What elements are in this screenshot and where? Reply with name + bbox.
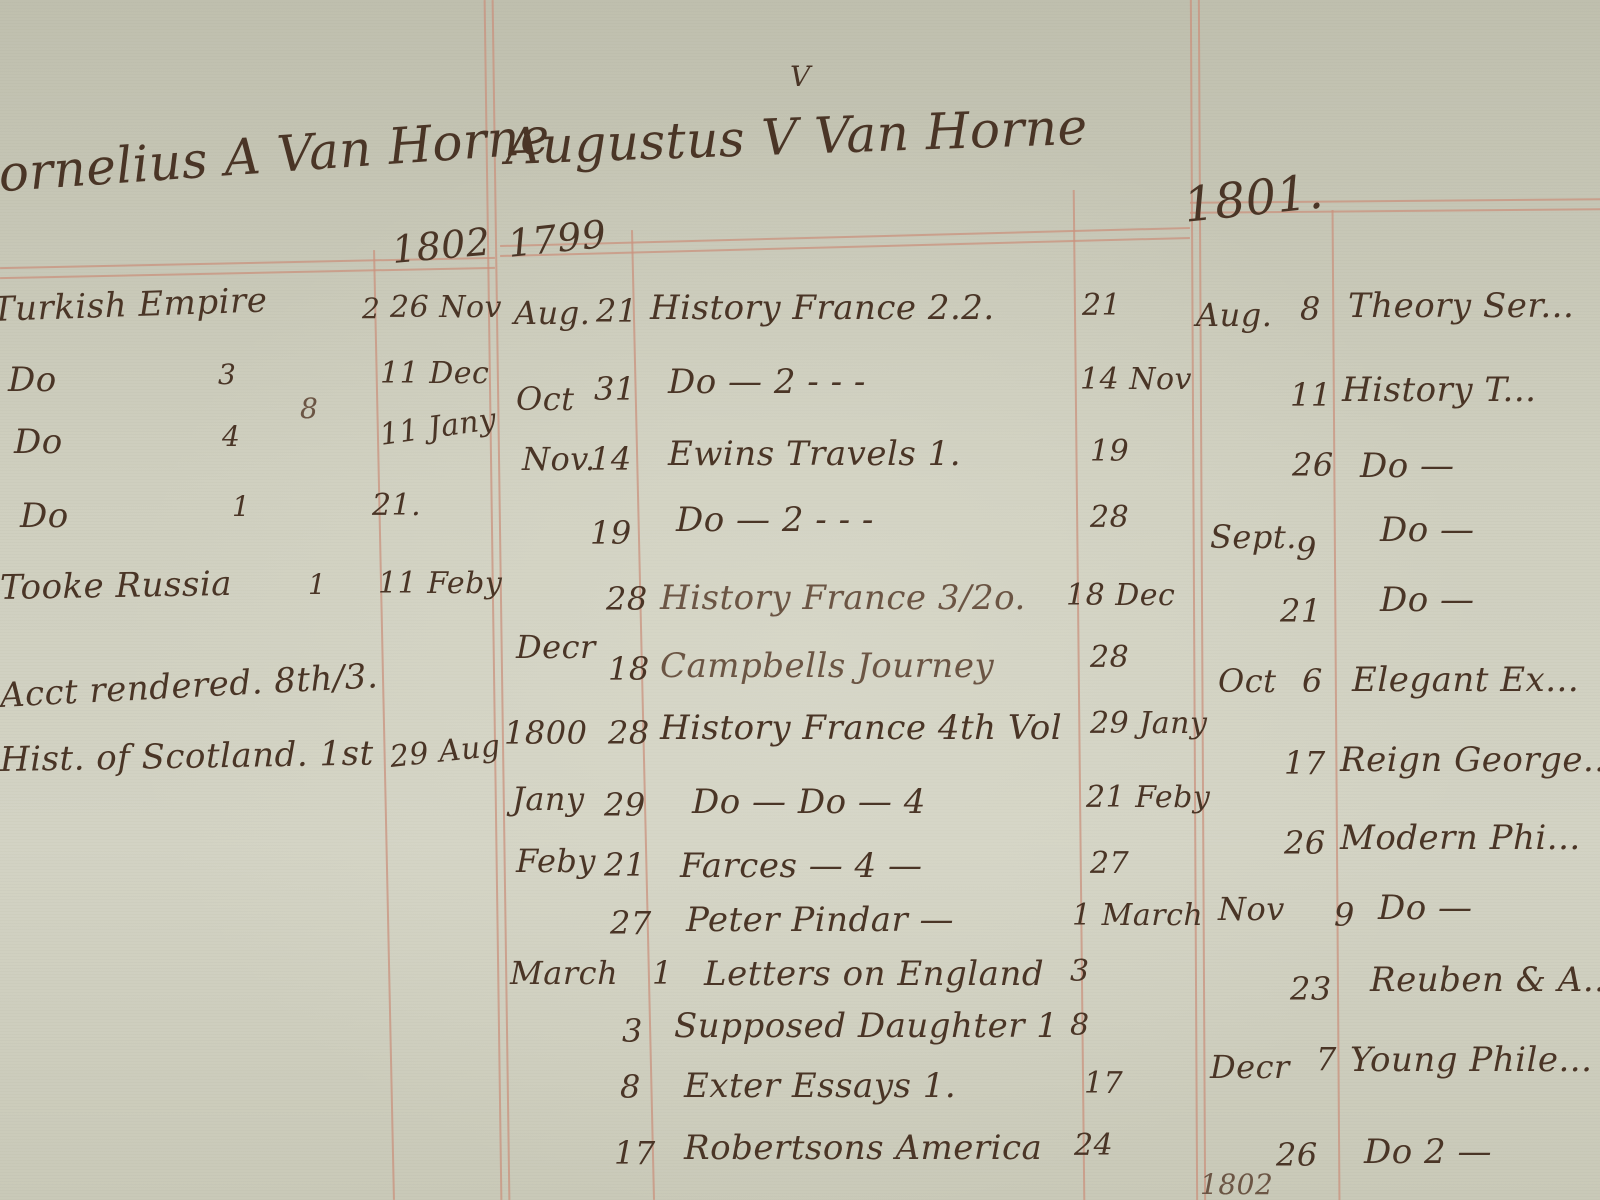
right-entry-day: 26	[1284, 824, 1326, 862]
left-entry-returned: 26 Nov	[390, 290, 502, 325]
right-entry-day: 9	[1334, 896, 1355, 934]
middle-entry-title: Campbells Journey	[660, 646, 994, 686]
right-entry-day: 21	[1280, 592, 1322, 630]
right-entry-day: 7	[1316, 1040, 1337, 1078]
right-entry-day: 17	[1284, 744, 1326, 782]
right-entry-day: 26	[1276, 1136, 1318, 1174]
right-entry-month: Oct	[1218, 662, 1277, 700]
left-entry-vol: 1	[308, 568, 326, 601]
middle-entry-title: Letters on England	[704, 954, 1044, 994]
middle-entry-title: Supposed Daughter 1	[674, 1006, 1058, 1046]
right-entry-day: 11	[1290, 376, 1332, 414]
right-entry-title: Do —	[1360, 446, 1455, 486]
middle-entry-title: Peter Pindar —	[686, 900, 954, 940]
left-entry-returned: 21.	[372, 488, 421, 523]
middle-entry-returned: 3	[1070, 954, 1090, 989]
left-entry-vol: 3	[218, 358, 236, 391]
right-entry-title: Do 2 —	[1364, 1132, 1492, 1172]
middle-entry-day: 28	[606, 580, 648, 618]
right-entry-title: Do —	[1378, 888, 1473, 928]
middle-entry-day: 21	[596, 292, 638, 330]
right-entry-title: History T...	[1342, 370, 1536, 410]
middle-entry-returned: 29 Jany	[1090, 706, 1207, 741]
right-entry-month: Decr	[1210, 1048, 1290, 1086]
middle-account-year: 1799	[506, 212, 609, 266]
middle-entry-month: Oct	[516, 380, 575, 418]
middle-entry-day: 3	[622, 1012, 643, 1050]
left-entry-title: Tooke Russia	[0, 564, 232, 608]
middle-entry-title: Farces — 4 —	[680, 846, 922, 886]
middle-entry-returned: 8	[1070, 1008, 1090, 1043]
middle-entry-day: 31	[594, 370, 636, 408]
left-entry-returned: 11 Feby	[378, 566, 502, 601]
right-entry-month: Aug.	[1196, 296, 1272, 334]
middle-account-header-insert: V	[790, 60, 811, 93]
left-entry-returned: 11 Jany	[378, 402, 499, 453]
left-account-note: Hist. of Scotland. 1st	[0, 733, 374, 780]
middle-entry-day: 17	[614, 1134, 656, 1172]
middle-entry-day: 28	[608, 714, 650, 752]
middle-account-header: Augustus V Van Horne	[504, 98, 1089, 176]
right-account-year: 1801.	[1181, 164, 1326, 234]
middle-entry-title: History France 3/2o.	[660, 578, 1026, 618]
middle-entry-day: 8	[620, 1068, 641, 1106]
ledger-page: Cornelius A Van Horne 1802 Turkish Empir…	[0, 0, 1600, 1200]
middle-entry-returned: 24	[1074, 1128, 1113, 1163]
middle-entry-title: Exter Essays 1.	[684, 1066, 956, 1106]
middle-entry-day: 21	[604, 846, 646, 884]
middle-entry-title: Ewins Travels 1.	[668, 434, 961, 474]
right-entry-title: Do —	[1380, 580, 1475, 620]
middle-entry-month: Feby	[516, 842, 596, 880]
middle-entry-title: Do — Do — 4	[692, 782, 926, 822]
left-account-header: Cornelius A Van Horne	[0, 107, 552, 206]
right-entry-title: Do —	[1380, 510, 1475, 550]
middle-entry-day: 1	[652, 954, 673, 992]
left-account-year: 1802	[390, 219, 492, 271]
right-entry-title: Reign George...	[1340, 740, 1600, 780]
middle-entry-returned: 19	[1090, 434, 1129, 469]
column-rule-1	[373, 250, 394, 1200]
left-entry-title: Turkish Empire	[0, 280, 268, 330]
right-entry-title: Modern Phi...	[1340, 818, 1581, 858]
left-entry-vol: 2	[362, 292, 380, 325]
middle-entry-day: 27	[610, 904, 652, 942]
right-entry-day: 26	[1292, 446, 1334, 484]
middle-entry-day: 29	[604, 786, 646, 824]
middle-entry-month: Jany	[512, 780, 585, 818]
right-entry-title: Reuben & A...	[1370, 960, 1600, 1000]
right-entry-day: 9	[1296, 530, 1317, 568]
middle-entry-month: Aug.	[514, 294, 590, 332]
left-entry-vol: 4	[222, 420, 240, 453]
middle-entry-month: Decr	[516, 628, 596, 666]
middle-entry-returned: 1 March	[1072, 898, 1203, 933]
middle-entry-returned: 18 Dec	[1066, 578, 1175, 613]
right-account-bottom-fragment: 1802	[1200, 1168, 1273, 1200]
middle-entry-title: Robertsons America	[684, 1128, 1042, 1168]
left-entry-title: Do	[20, 496, 69, 536]
middle-entry-returned: 28	[1090, 640, 1129, 675]
middle-entry-month: 1800	[504, 714, 587, 752]
middle-entry-day: 19	[590, 514, 632, 552]
middle-entry-title: Do — 2 - - -	[676, 500, 874, 540]
middle-entry-returned: 28	[1090, 500, 1129, 535]
left-account-note: Acct rendered. 8th/3.	[0, 656, 379, 716]
middle-entry-returned: 17	[1084, 1066, 1123, 1101]
right-entry-month: Sept.	[1210, 518, 1297, 556]
left-entry-title: Do	[8, 360, 57, 400]
left-entry-returned: 11 Dec	[380, 356, 489, 391]
left-entry-vol: 1	[232, 490, 250, 523]
right-entry-title: Theory Ser...	[1348, 286, 1574, 326]
right-entry-title: Elegant Ex...	[1352, 660, 1579, 700]
middle-entry-returned: 21 Feby	[1086, 780, 1210, 815]
left-entry-title: Do	[14, 422, 63, 462]
middle-entry-month: Nov.	[522, 440, 596, 478]
column-rule-4	[1073, 190, 1085, 1200]
middle-entry-title: Do — 2 - - -	[668, 362, 866, 402]
middle-entry-returned: 14 Nov	[1080, 362, 1192, 397]
left-entry-extra: 8	[300, 392, 318, 425]
right-entry-day: 8	[1300, 290, 1321, 328]
middle-entry-returned: 27	[1090, 846, 1129, 881]
middle-entry-day: 14	[590, 440, 632, 478]
right-entry-month: Nov	[1218, 890, 1285, 928]
middle-entry-day: 18	[608, 650, 650, 688]
right-entry-day: 23	[1290, 970, 1332, 1008]
right-entry-day: 6	[1302, 662, 1323, 700]
right-entry-title: Young Phile...	[1350, 1040, 1592, 1080]
middle-entry-returned: 21	[1082, 288, 1121, 323]
middle-entry-title: History France 4th Vol	[660, 708, 1062, 748]
left-account-note-returned: 29 Aug	[388, 729, 502, 775]
middle-entry-month: March	[510, 954, 618, 992]
middle-entry-title: History France 2.2.	[650, 288, 995, 328]
